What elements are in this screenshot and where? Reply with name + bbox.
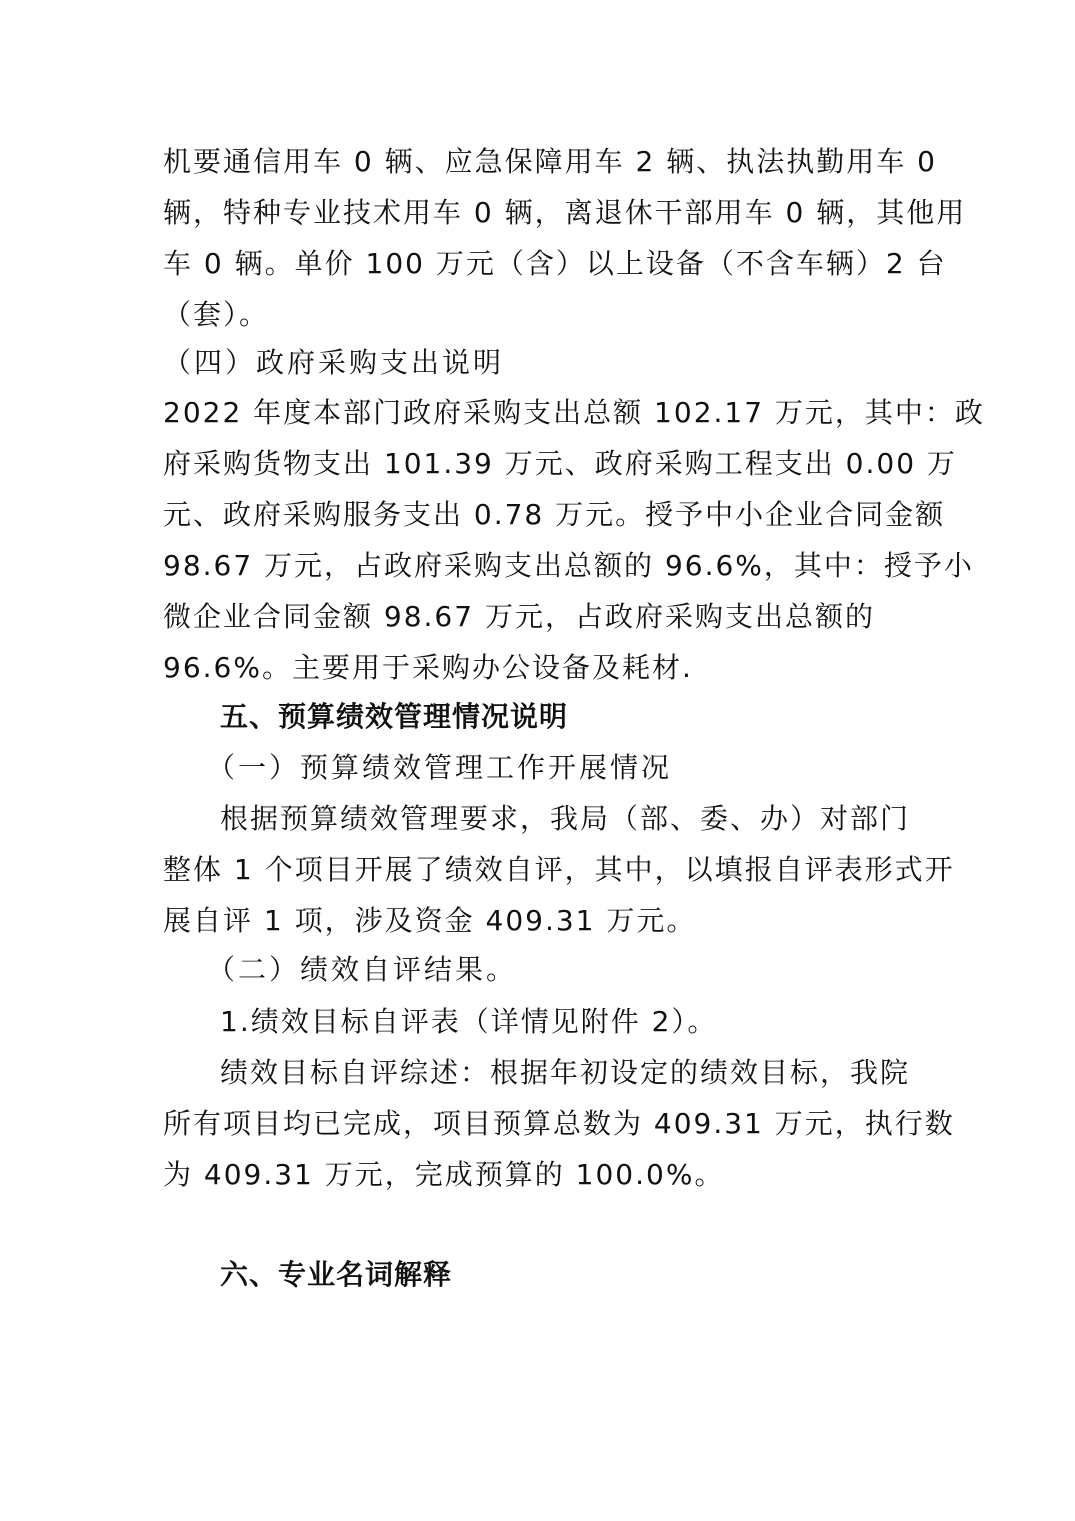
section-5-sub-2-heading: （二）绩效自评结果。 <box>207 950 517 990</box>
performance-line: 整体 1 个项目开展了绩效自评，其中，以填报自评表形式开 <box>163 850 955 890</box>
paragraph-line: 车 0 辆。单价 100 万元（含）以上设备（不含车辆）2 台 <box>163 244 947 284</box>
section-5-heading: 五、预算绩效管理情况说明 <box>220 697 568 737</box>
section-5-sub-1-heading: （一）预算绩效管理工作开展情况 <box>207 748 672 788</box>
summary-line: 绩效目标自评综述：根据年初设定的绩效目标，我院 <box>220 1053 910 1093</box>
paragraph-line: （套）。 <box>163 295 269 335</box>
procurement-line: 2022 年度本部门政府采购支出总额 102.17 万元，其中：政 <box>163 393 985 433</box>
paragraph-line: 机要通信用车 0 辆、应急保障用车 2 辆、执法执勤用车 0 <box>163 142 937 182</box>
section-4-heading: （四）政府采购支出说明 <box>163 343 504 383</box>
procurement-line: 元、政府采购服务支出 0.78 万元。授予中小企业合同金额 <box>163 495 945 535</box>
summary-line: 所有项目均已完成，项目预算总数为 409.31 万元，执行数 <box>163 1104 955 1144</box>
performance-line: 展自评 1 项，涉及资金 409.31 万元。 <box>163 901 696 941</box>
paragraph-line: 辆，特种专业技术用车 0 辆，离退休干部用车 0 辆，其他用 <box>163 193 966 233</box>
procurement-line: 98.67 万元，占政府采购支出总额的 96.6%，其中：授予小 <box>163 546 974 586</box>
performance-line: 根据预算绩效管理要求，我局（部、委、办）对部门 <box>220 799 910 839</box>
self-eval-item: 1.绩效目标自评表（详情见附件 2）。 <box>220 1002 717 1042</box>
summary-line: 为 409.31 万元，完成预算的 100.0%。 <box>163 1155 724 1195</box>
procurement-line: 微企业合同金额 98.67 万元，占政府采购支出总额的 <box>163 597 875 637</box>
procurement-line: 96.6%。主要用于采购办公设备及耗材. <box>163 648 693 688</box>
section-6-heading: 六、专业名词解释 <box>220 1255 452 1295</box>
procurement-line: 府采购货物支出 101.39 万元、政府采购工程支出 0.00 万 <box>163 444 957 484</box>
